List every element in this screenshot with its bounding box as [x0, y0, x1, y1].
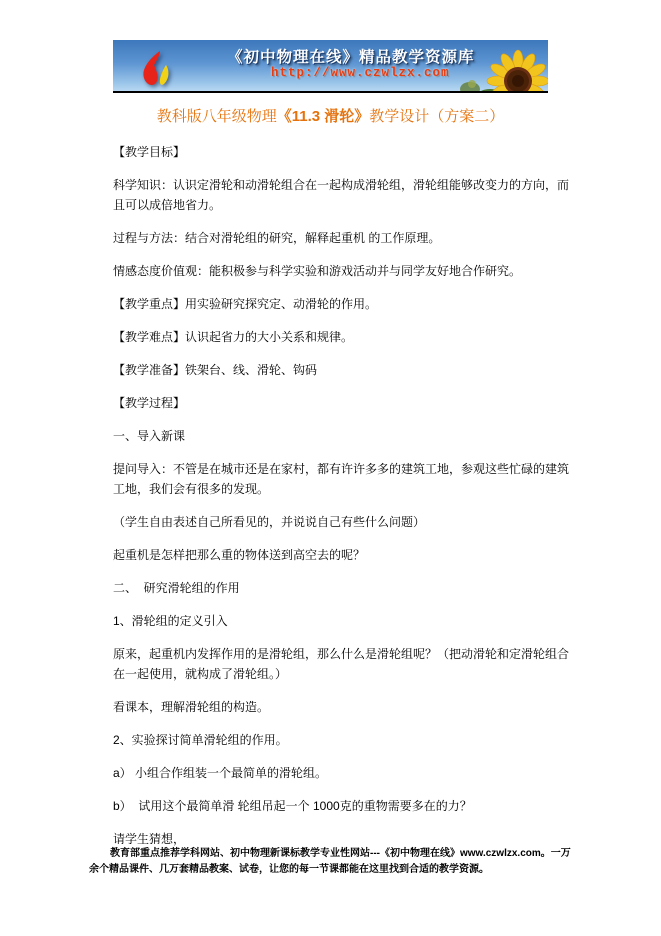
doc-paragraph: 科学知识：认识定滑轮和动滑轮组合在一起构成滑轮组，滑轮组能够改变力的方向，而且可…: [113, 175, 576, 215]
banner-site-url: http://www.czwlzx.com: [271, 66, 450, 80]
doc-paragraph: 一、导入新课: [113, 426, 576, 446]
banner-site-title: 《初中物理在线》精品教学资源库: [227, 45, 475, 67]
page-footer: 教育部重点推荐学科网站、初中物理新课标教学专业性网站---《初中物理在线》www…: [89, 846, 577, 878]
doc-paragraph: 提问导入：不管是在城市还是在家村，都有许许多多的建筑工地，参观这些忙碌的建筑工地…: [113, 459, 576, 499]
flame-logo-icon: [133, 50, 177, 90]
doc-paragraph: 看课本，理解滑轮组的构造。: [113, 697, 576, 717]
doc-paragraph: 【教学目标】: [113, 142, 576, 162]
doc-paragraph: 【教学过程】: [113, 393, 576, 413]
doc-paragraph: 过程与方法：结合对滑轮组的研究，解释起重机 的工作原理。: [113, 228, 576, 248]
sunflower-icon: [456, 40, 548, 93]
page-title-suffix: 教学设计（方案二）: [369, 108, 504, 125]
doc-paragraph: 【教学准备】铁架台、线、滑轮、钩码: [113, 360, 576, 380]
doc-paragraph: 二、 研究滑轮组的作用: [113, 578, 576, 598]
doc-paragraph: （学生自由表述自己所看见的，并说说自己有些什么问题）: [113, 512, 576, 532]
page-title: 教科版八年级物理《11.3 滑轮》教学设计（方案二）: [0, 105, 661, 126]
doc-paragraph: b） 试用这个最简单滑 轮组吊起一个 1000克的重物需要多在的力？: [113, 796, 576, 816]
document-body: 【教学目标】 科学知识：认识定滑轮和动滑轮组合在一起构成滑轮组，滑轮组能够改变力…: [113, 142, 576, 862]
page-title-emphasis: 《11.3 滑轮》: [277, 108, 370, 125]
doc-paragraph: a） 小组合作组装一个最简单的滑轮组。: [113, 763, 576, 783]
doc-paragraph: 1、滑轮组的定义引入: [113, 611, 576, 631]
doc-paragraph: 原来，起重机内发挥作用的是滑轮组，那么什么是滑轮组呢？（把动滑轮和定滑轮组合在一…: [113, 644, 576, 684]
page-title-prefix: 教科版八年级物理: [157, 108, 277, 125]
doc-paragraph: 2、实验探讨简单滑轮组的作用。: [113, 730, 576, 750]
doc-paragraph: 【教学重点】用实验研究探究定、动滑轮的作用。: [113, 294, 576, 314]
document-page: 《初中物理在线》精品教学资源库 http://www.czwlzx.com: [0, 0, 661, 936]
doc-paragraph: 情感态度价值观：能积极参与科学实验和游戏活动并与同学友好地合作研究。: [113, 261, 576, 281]
doc-paragraph: 起重机是怎样把那么重的物体送到高空去的呢？: [113, 545, 576, 565]
doc-paragraph: 【教学难点】认识起省力的大小关系和规律。: [113, 327, 576, 347]
header-banner: 《初中物理在线》精品教学资源库 http://www.czwlzx.com: [113, 40, 548, 93]
